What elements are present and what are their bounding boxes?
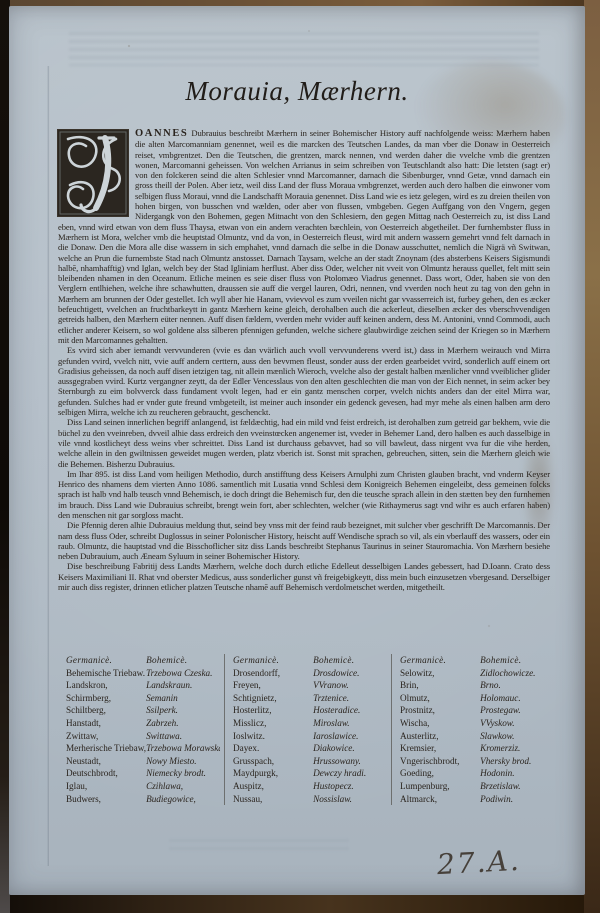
german-name: Hanstadt, — [66, 717, 146, 730]
main-text: OANNES Dubrauius beschreibt Mærhern in s… — [58, 128, 550, 592]
bohemian-name: Slawkow. — [480, 730, 554, 743]
table-header-row: Germanicè.Bohemicè. — [400, 654, 554, 667]
page-crease — [47, 66, 50, 866]
table-row: Behemische Triebaw.Trzebowa Czeska. — [66, 667, 220, 680]
table-row: Grusspach,Hrussowany. — [233, 755, 387, 768]
table-row: Deutschbrodt,Niemecky brodt. — [66, 767, 220, 780]
bohemian-name: Semanin — [146, 692, 220, 705]
german-name: Ioslwitz. — [233, 730, 313, 743]
bohemian-name: Hrussowany. — [313, 755, 387, 768]
page-title: Morauia, Mærhern. — [9, 76, 585, 107]
paragraph-3: Diss Land seinen innerlichen begriff anl… — [58, 417, 550, 468]
table-group: Germanicè.Bohemicè.Behemische Triebaw.Tr… — [58, 654, 224, 805]
first-paragraph-lead: OANNES — [135, 128, 188, 139]
german-name: Deutschbrodt, — [66, 767, 146, 780]
bohemian-name: Nossislaw. — [313, 793, 387, 806]
bohemian-name: Niemecky brodt. — [146, 767, 220, 780]
german-name: Maydpurgk, — [233, 767, 313, 780]
german-name: Dayex. — [233, 742, 313, 755]
table-row: Lumpenburg,Brzetislaw. — [400, 780, 554, 793]
table-row: Schirmberg,Semanin — [66, 692, 220, 705]
bohemian-name: Dewczy hradi. — [313, 767, 387, 780]
bohemian-name: Zabrzeh. — [146, 717, 220, 730]
german-name: Goeding, — [400, 767, 480, 780]
page-number: 27.A. — [436, 844, 521, 881]
table-row: Hosterlitz,Hosteradice. — [233, 704, 387, 717]
table-row: Drosendorff,Drosdowice. — [233, 667, 387, 680]
table-row: Wischa,VVyskow. — [400, 717, 554, 730]
table-row: Kremsier,Kromerziz. — [400, 742, 554, 755]
bohemian-name: Budiegowice, — [146, 793, 220, 806]
table-row: Brin,Brno. — [400, 679, 554, 692]
ink-bleedthrough-top — [69, 32, 539, 66]
bohemian-name: Zidlochowicze. — [480, 667, 554, 680]
bohemian-header: Bohemicè. — [146, 654, 220, 667]
table-row: Austerlitz,Slawkow. — [400, 730, 554, 743]
bohemian-name: Nowy Miesto. — [146, 755, 220, 768]
german-name: Selowitz, — [400, 667, 480, 680]
german-header: Germanicè. — [233, 654, 313, 667]
table-row: Altmarck,Podiwin. — [400, 793, 554, 806]
bohemian-name: Vhersky brod. — [480, 755, 554, 768]
german-name: Budwers, — [66, 793, 146, 806]
bohemian-name: Kromerziz. — [480, 742, 554, 755]
german-name: Auspitz, — [233, 780, 313, 793]
german-name: Prostnitz, — [400, 704, 480, 717]
bohemian-name: VVranow. — [313, 679, 387, 692]
german-name: Drosendorff, — [233, 667, 313, 680]
bohemian-name: Prostegaw. — [480, 704, 554, 717]
paragraph-4: Im Ihar 895. ist diss Land vom heiligen … — [58, 469, 550, 520]
german-name: Behemische Triebaw. — [66, 667, 146, 680]
table-row: Schtignietz,Trztenice. — [233, 692, 387, 705]
table-row: Iglau,Czihlawa, — [66, 780, 220, 793]
bohemian-name: Diakowice. — [313, 742, 387, 755]
bohemian-name: Drosdowice. — [313, 667, 387, 680]
bohemian-name: Brzetislaw. — [480, 780, 554, 793]
table-row: Prostnitz,Prostegaw. — [400, 704, 554, 717]
german-name: Neustadt, — [66, 755, 146, 768]
german-name: Merherische Triebaw, — [66, 742, 146, 755]
bohemian-name: Trzebowa Czeska. — [146, 667, 220, 680]
bohemian-name: Podiwin. — [480, 793, 554, 806]
german-name: Lumpenburg, — [400, 780, 480, 793]
german-name: Freyen, — [233, 679, 313, 692]
table-row: Schiltberg,Ssilperk. — [66, 704, 220, 717]
table-row: Freyen,VVranow. — [233, 679, 387, 692]
book-edge-right — [584, 0, 600, 913]
table-row: Goeding,Hodonin. — [400, 767, 554, 780]
german-name: Vngerischbrodt, — [400, 755, 480, 768]
table-row: Misslicz,Miroslaw. — [233, 717, 387, 730]
paragraph-6: Dise beschreibung Fabritij dess Landts M… — [58, 561, 550, 592]
german-name: Kremsier, — [400, 742, 480, 755]
bohemian-name: Hodonin. — [480, 767, 554, 780]
table-header-row: Germanicè.Bohemicè. — [66, 654, 220, 667]
table-row: Vngerischbrodt,Vhersky brod. — [400, 755, 554, 768]
table-row: Ioslwitz.Iaroslawice. — [233, 730, 387, 743]
table-row: Merherische Triebaw,Trzebowa Morawska. — [66, 742, 220, 755]
table-row: Neustadt,Nowy Miesto. — [66, 755, 220, 768]
bohemian-name: Swittawa. — [146, 730, 220, 743]
table-row: Olmutz,Holomauc. — [400, 692, 554, 705]
german-name: Schirmberg, — [66, 692, 146, 705]
bohemian-name: Iaroslawice. — [313, 730, 387, 743]
german-name: Landskron, — [66, 679, 146, 692]
table-header-row: Germanicè.Bohemicè. — [233, 654, 387, 667]
german-name: Hosterlitz, — [233, 704, 313, 717]
table-row: Dayex.Diakowice. — [233, 742, 387, 755]
bohemian-name: Ssilperk. — [146, 704, 220, 717]
german-name: Olmutz, — [400, 692, 480, 705]
first-paragraph-text: Dubrauius beschreibt Mærhern in seiner B… — [58, 128, 550, 345]
table-row: Maydpurgk,Dewczy hradi. — [233, 767, 387, 780]
german-name: Zwittaw, — [66, 730, 146, 743]
ink-bleedthrough-bottom — [169, 839, 349, 855]
table-row: Zwittaw,Swittawa. — [66, 730, 220, 743]
german-header: Germanicè. — [400, 654, 480, 667]
table-group: Germanicè.Bohemicè.Drosendorff,Drosdowic… — [224, 654, 391, 805]
bohemian-name: Trzebowa Morawska. — [146, 742, 220, 755]
bohemian-name: Brno. — [480, 679, 554, 692]
book-page: Morauia, Mærhern. OANNES — [9, 6, 585, 895]
table-group: Germanicè.Bohemicè.Selowitz,Zidlochowicz… — [391, 654, 558, 805]
german-name: Misslicz, — [233, 717, 313, 730]
german-name: Austerlitz, — [400, 730, 480, 743]
german-name: Schiltberg, — [66, 704, 146, 717]
german-name: Nussau, — [233, 793, 313, 806]
bohemian-name: Trztenice. — [313, 692, 387, 705]
german-name: Brin, — [400, 679, 480, 692]
bohemian-header: Bohemicè. — [313, 654, 387, 667]
woodcut-initial-icon — [58, 130, 128, 216]
table-row: Landskron,Landskraun. — [66, 679, 220, 692]
book-edge-bottom — [0, 894, 600, 913]
bohemian-name: VVyskow. — [480, 717, 554, 730]
bohemian-header: Bohemicè. — [480, 654, 554, 667]
register-table: Germanicè.Bohemicè.Behemische Triebaw.Tr… — [58, 654, 558, 805]
bohemian-name: Miroslaw. — [313, 717, 387, 730]
bohemian-name: Holomauc. — [480, 692, 554, 705]
bohemian-name: Hustopecz. — [313, 780, 387, 793]
table-row: Auspitz,Hustopecz. — [233, 780, 387, 793]
german-name: Grusspach, — [233, 755, 313, 768]
table-row: Nussau,Nossislaw. — [233, 793, 387, 806]
table-row: Hanstadt,Zabrzeh. — [66, 717, 220, 730]
bohemian-name: Czihlawa, — [146, 780, 220, 793]
german-name: Iglau, — [66, 780, 146, 793]
german-header: Germanicè. — [66, 654, 146, 667]
bohemian-name: Hosteradice. — [313, 704, 387, 717]
paragraph-2: Es vvird sich aber iemandt vervvunderen … — [58, 345, 550, 417]
table-row: Budwers,Budiegowice, — [66, 793, 220, 806]
paragraph-5: Die Pfennig deren alhie Dubrauius meldun… — [58, 520, 550, 561]
german-name: Altmarck, — [400, 793, 480, 806]
paragraph-1: OANNES Dubrauius beschreibt Mærhern in s… — [58, 128, 550, 345]
german-name: Schtignietz, — [233, 692, 313, 705]
bohemian-name: Landskraun. — [146, 679, 220, 692]
table-row: Selowitz,Zidlochowicze. — [400, 667, 554, 680]
german-name: Wischa, — [400, 717, 480, 730]
